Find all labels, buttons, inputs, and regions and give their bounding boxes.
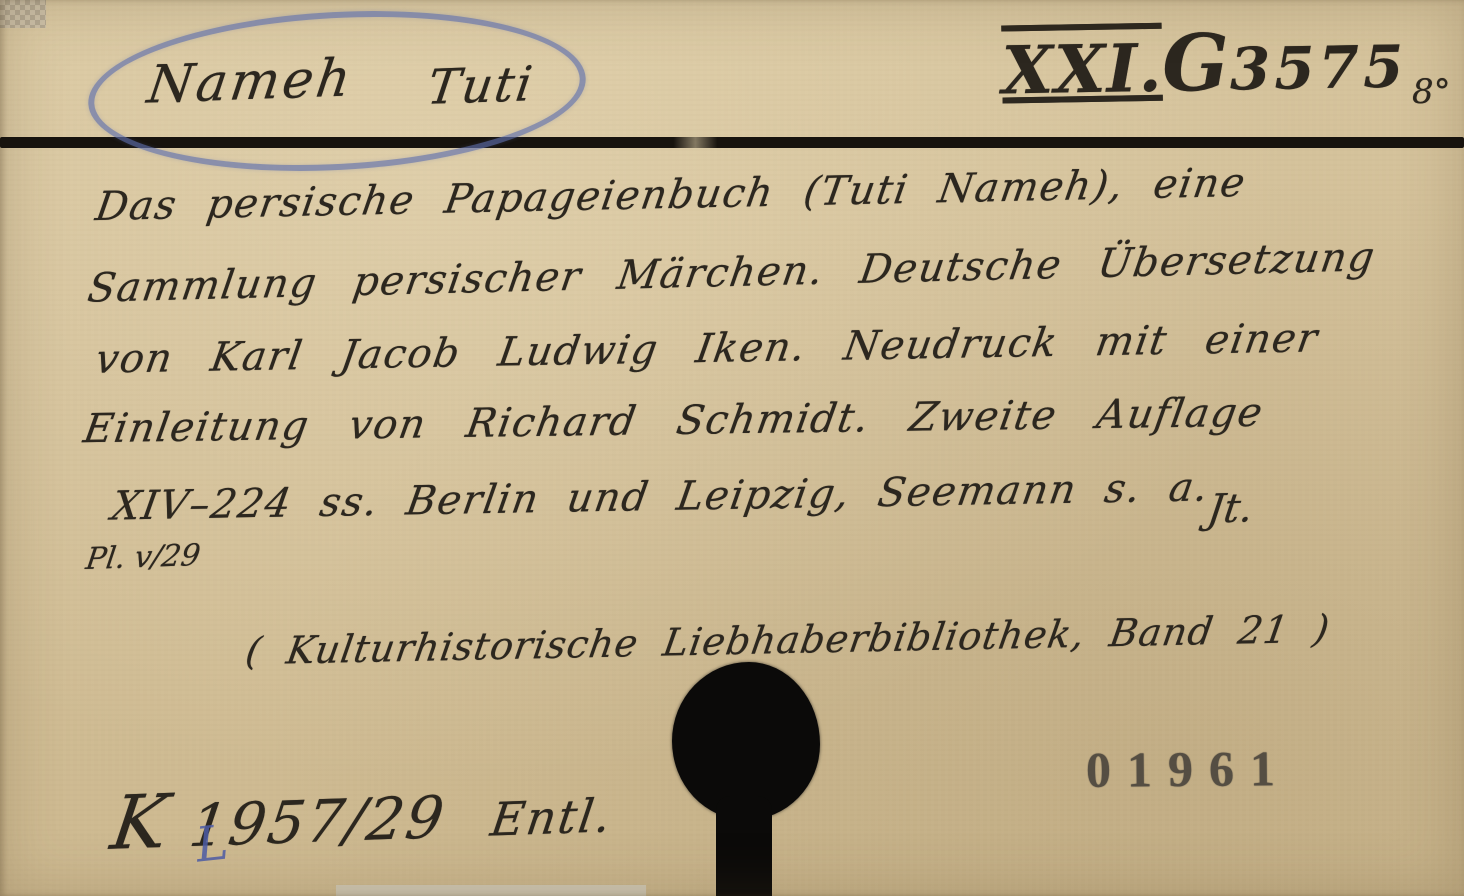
body-line-2: Sammlung persischer Märchen. Deutsche Üb… [88, 234, 1376, 311]
series-note: ( Kulturhistorische Liebhaberbibliothek,… [246, 607, 1331, 674]
card-paper: Nameh Tuti XXI.G3575 8° Das persische Pa… [0, 0, 1464, 896]
catalog-card-scan: Nameh Tuti XXI.G3575 8° Das persische Pa… [0, 0, 1464, 896]
accession-note: K 1957/29 Entl. [111, 763, 614, 866]
scan-edge-artifact [336, 885, 646, 896]
shelfmark-letter: G [1161, 18, 1230, 110]
accession-letter: K [106, 778, 175, 866]
body-line-4: Einleitung von Richard Schmidt. Zweite A… [84, 390, 1264, 452]
scan-corner-artifact [0, 0, 46, 28]
margin-mark: Jt. [1207, 485, 1253, 533]
body-line-5-collation: XIV–224 ss. Berlin und Leipzig, Seemann … [112, 464, 1210, 529]
shelfmark: XXI.G3575 [1001, 24, 1408, 109]
body-line-3: von Karl Jacob Ludwig Iken. Neudruck mit… [96, 315, 1319, 382]
format-note: 8° [1412, 72, 1451, 112]
accession-suffix: Entl. [488, 788, 617, 847]
blue-pencil-circle [84, 0, 590, 183]
library-stamp-number: 01961 [1086, 739, 1291, 799]
small-accession-abbreviation: Pl. v/29 [85, 538, 200, 577]
blue-pencil-mark: L [193, 814, 231, 873]
punch-hole-stem [716, 796, 772, 896]
shelfmark-roman: XXI. [1001, 29, 1163, 110]
shelfmark-number: 3575 [1229, 32, 1408, 103]
body-line-1: Das persische Papageienbuch (Tuti Nameh)… [96, 160, 1247, 230]
